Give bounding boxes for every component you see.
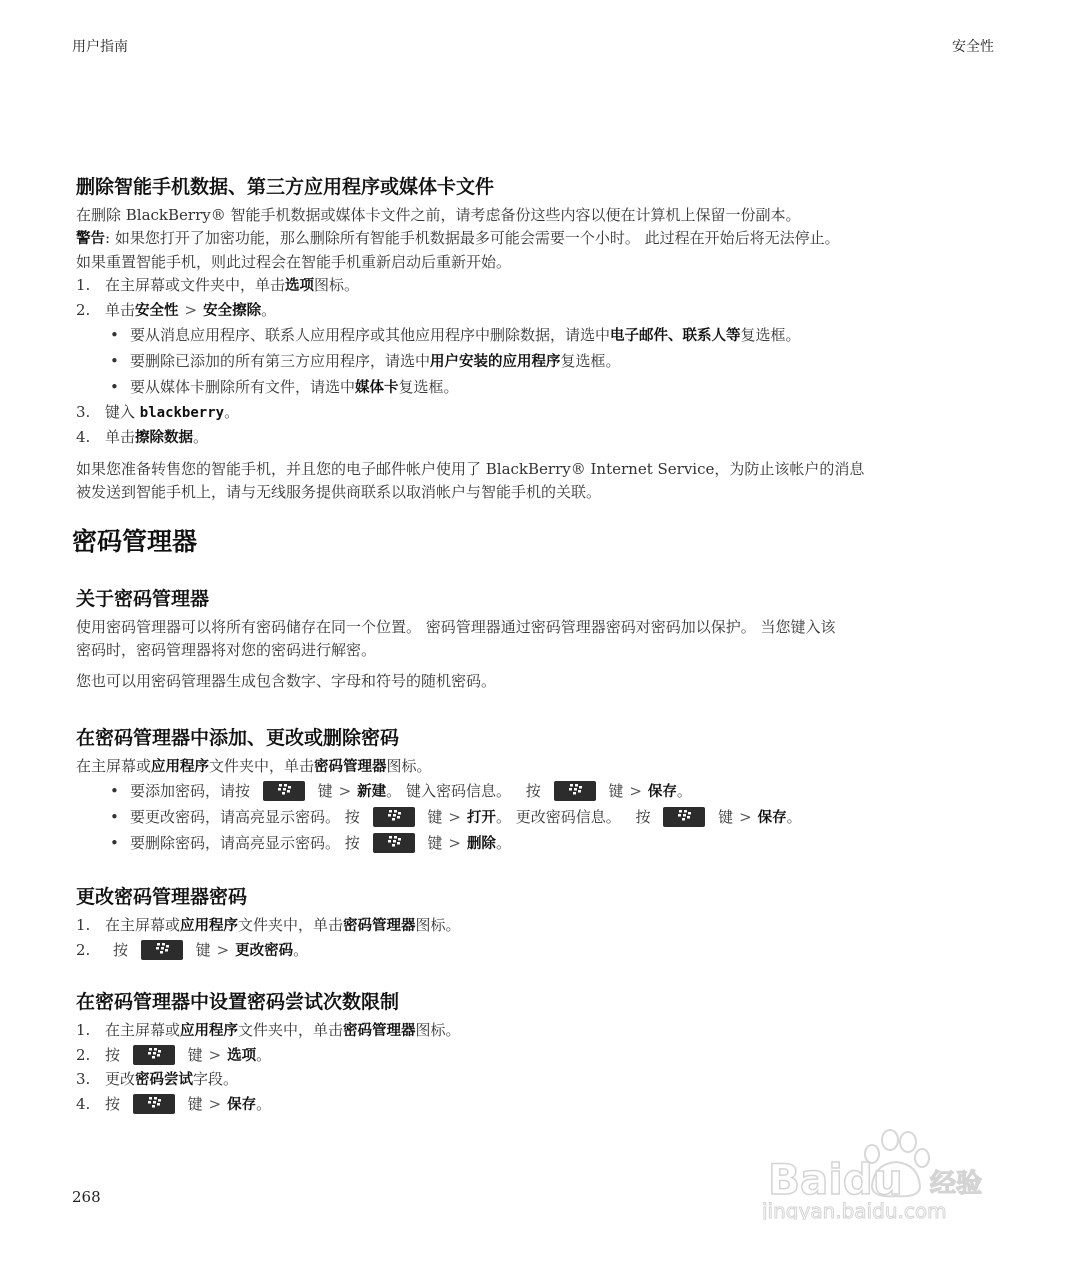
bullet-item: • 要添加密码，请按 键>新建。 键入密码信息。 按 键>保存。 (76, 779, 996, 805)
menu-key-icon (263, 781, 305, 801)
menu-key-icon (141, 940, 183, 960)
warning-label: 警告 (76, 231, 105, 247)
ui-label: 安全擦除 (203, 303, 261, 319)
svg-text:jingyan.baidu.com: jingyan.baidu.com (761, 1199, 947, 1220)
bullet-item: • 要删除密码，请高亮显示密码。 按 键>删除。 (76, 831, 996, 857)
chapter-title: 密码管理器 (72, 522, 197, 558)
section-title: 在密码管理器中添加、更改或删除密码 (76, 723, 996, 750)
svg-text:Baidu: Baidu (768, 1155, 903, 1204)
bullet-icon: • (110, 349, 130, 375)
resale-note: 如果您准备转售您的智能手机，并且您的电子邮件帐户使用了 BlackBerry® … (76, 458, 996, 504)
step-4: 4. 按 键>保存。 (76, 1093, 996, 1118)
section-title: 更改密码管理器密码 (76, 882, 996, 909)
menu-key-icon (554, 781, 596, 801)
step-2: 2. 按 键>选项。 (76, 1044, 996, 1069)
bullet-item: • 要从媒体卡删除所有文件，请选中媒体卡复选框。 (76, 375, 996, 401)
menu-key-icon (133, 1094, 175, 1114)
step-1: 1. 在主屏幕或应用程序文件夹中，单击密码管理器图标。 (76, 914, 996, 939)
bullet-item: • 要删除已添加的所有第三方应用程序，请选中用户安装的应用程序复选框。 (76, 349, 996, 375)
intro-paragraph: 在主屏幕或应用程序文件夹中，单击密码管理器图标。 (76, 755, 996, 779)
ui-label: 选项 (285, 278, 314, 294)
section-about-password-keeper: 关于密码管理器 使用密码管理器可以将所有密码储存在同一个位置。 密码管理器通过密… (76, 584, 996, 693)
section-change-master-password: 更改密码管理器密码 1. 在主屏幕或应用程序文件夹中，单击密码管理器图标。 2.… (76, 882, 996, 963)
about-paragraph-2: 您也可以用密码管理器生成包含数字、字母和符号的随机密码。 (76, 670, 996, 693)
section-title: 关于密码管理器 (76, 584, 996, 611)
about-paragraph-1: 使用密码管理器可以将所有密码储存在同一个位置。 密码管理器通过密码管理器密码对密… (76, 616, 996, 662)
warning-paragraph: 警告: 如果您打开了加密功能，那么删除所有智能手机数据最多可能会需要一个小时。 … (76, 227, 996, 251)
bullet-icon: • (110, 779, 130, 805)
svg-text:经验: 经验 (930, 1168, 982, 1199)
menu-key-icon (373, 807, 415, 827)
ui-label: 安全性 (135, 303, 179, 319)
section-title: 删除智能手机数据、第三方应用程序或媒体卡文件 (76, 172, 996, 199)
step-2: 2. 单击安全性>安全擦除。 (76, 299, 996, 324)
bullet-item: • 要更改密码，请高亮显示密码。 按 键>打开。 更改密码信息。 按 键>保存。 (76, 805, 996, 831)
intro-paragraph: 在删除 BlackBerry® 智能手机数据或媒体卡文件之前，请考虑备份这些内容… (76, 204, 996, 227)
step-3: 3. 更改密码尝试字段。 (76, 1068, 996, 1093)
step-1: 1. 在主屏幕或应用程序文件夹中，单击密码管理器图标。 (76, 1019, 996, 1044)
section-title: 在密码管理器中设置密码尝试次数限制 (76, 987, 996, 1014)
baidu-paw-icon: Baidu 经验 jingyan.baidu.com (760, 1120, 1020, 1220)
section-delete-data: 删除智能手机数据、第三方应用程序或媒体卡文件 在删除 BlackBerry® 智… (76, 172, 996, 504)
breadcrumb-separator: > (185, 301, 198, 319)
reset-note: 如果重置智能手机，则此过程会在智能手机重新启动后重新开始。 (76, 251, 996, 274)
baidu-watermark: Baidu 经验 jingyan.baidu.com (760, 1120, 1020, 1220)
page-number: 268 (72, 1188, 101, 1206)
section-manage-passwords: 在密码管理器中添加、更改或删除密码 在主屏幕或应用程序文件夹中，单击密码管理器图… (76, 723, 996, 857)
bullet-icon: • (110, 323, 130, 349)
step-3: 3. 键入 blackberry。 (76, 401, 996, 426)
bullet-icon: • (110, 375, 130, 401)
code-text: blackberry (140, 405, 224, 421)
menu-key-icon (373, 833, 415, 853)
running-header-title: 用户指南 (72, 36, 128, 56)
bullet-icon: • (110, 831, 130, 857)
menu-key-icon (133, 1045, 175, 1065)
running-header-section: 安全性 (952, 36, 994, 56)
bullet-item: • 要从消息应用程序、联系人应用程序或其他应用程序中删除数据，请选中电子邮件、联… (76, 323, 996, 349)
bullet-icon: • (110, 805, 130, 831)
menu-key-icon (663, 807, 705, 827)
step-4: 4. 单击擦除数据。 (76, 426, 996, 451)
step-2: 2. 按 键>更改密码。 (76, 939, 996, 964)
step-1: 1. 在主屏幕或文件夹中，单击选项图标。 (76, 274, 996, 299)
section-password-attempt-limit: 在密码管理器中设置密码尝试次数限制 1. 在主屏幕或应用程序文件夹中，单击密码管… (76, 987, 996, 1117)
